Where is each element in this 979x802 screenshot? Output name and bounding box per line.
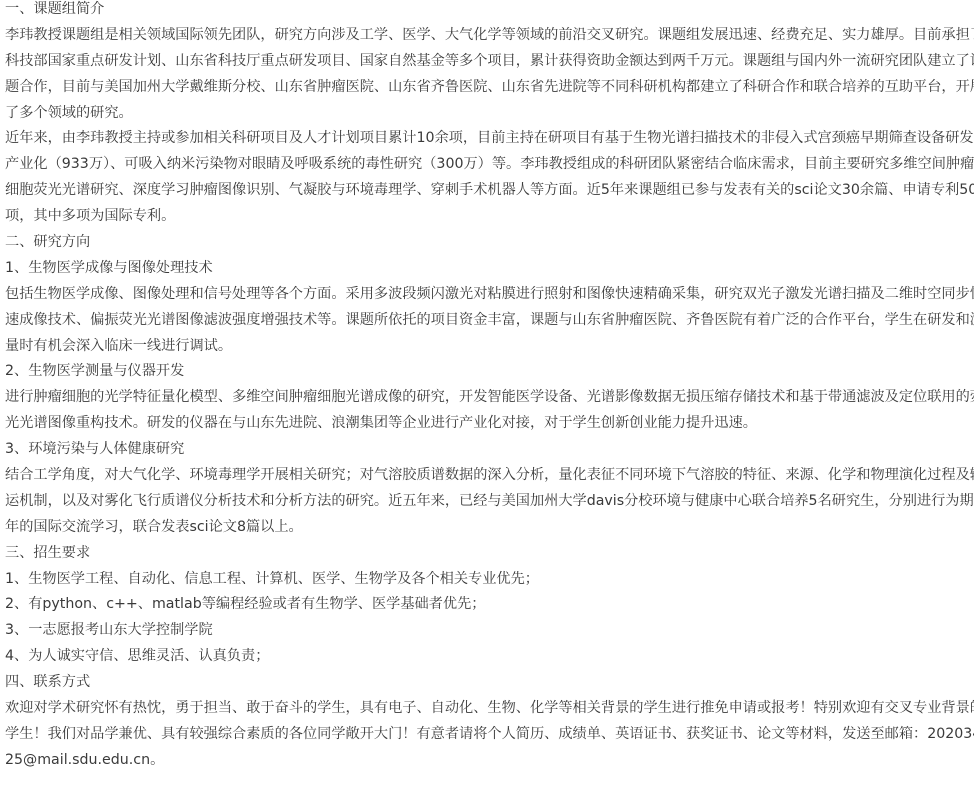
paragraph-line: 项，其中多项为国际专利。 xyxy=(5,204,974,230)
paragraph-line: 年的国际交流学习，联合发表sci论文8篇以上。 xyxy=(5,515,974,541)
paragraph-line: 结合工学角度，对大气化学、环境毒理学开展相关研究；对气溶胶质谱数据的深入分析，量… xyxy=(5,463,974,489)
section-heading-research: 二、研究方向 xyxy=(5,230,974,256)
paragraph-line: 科技部国家重点研发计划、山东省科技厅重点研发项目、国家自然基金等多个项目，累计获… xyxy=(5,49,974,75)
paragraph-line: 光光谱图像重构技术。研发的仪器在与山东先进院、浪潮集团等企业进行产业化对接，对于… xyxy=(5,411,974,437)
requirement-item: 2、有python、c++、matlab等编程经验或者有生物学、医学基础者优先； xyxy=(5,592,974,618)
section-heading-contact: 四、联系方式 xyxy=(5,670,974,696)
paragraph-line: 近年来，由李玮教授主持或参加相关科研项目及人才计划项目累计10余项，目前主持在研… xyxy=(5,126,974,152)
subsection-title-environment: 3、环境污染与人体健康研究 xyxy=(5,437,974,463)
paragraph-line: 运机制，以及对雾化飞行质谱仪分析技术和分析方法的研究。近五年来，已经与美国加州大… xyxy=(5,489,974,515)
paragraph-line: 李玮教授课题组是相关领域国际领先团队，研究方向涉及工学、医学、大气化学等领域的前… xyxy=(5,23,974,49)
paragraph-line: 量时有机会深入临床一线进行调试。 xyxy=(5,334,974,360)
section-heading-intro: 一、课题组简介 xyxy=(5,0,974,23)
paragraph-line: 速成像技术、偏振荧光光谱图像滤波强度增强技术等。课题所依托的项目资金丰富，课题与… xyxy=(5,308,974,334)
paragraph-line: 细胞荧光光谱研究、深度学习肿瘤图像识别、气凝胶与环境毒理学、穿刺手术机器人等方面… xyxy=(5,178,974,204)
requirement-item: 3、一志愿报考山东大学控制学院 xyxy=(5,618,974,644)
paragraph-line: 了多个领域的研究。 xyxy=(5,101,974,127)
paragraph-line: 题合作，目前与美国加州大学戴维斯分校、山东省肿瘤医院、山东省齐鲁医院、山东省先进… xyxy=(5,75,974,101)
paragraph-line: 产业化（933万）、可吸入纳米污染物对眼睛及呼吸系统的毒性研究（300万）等。李… xyxy=(5,152,974,178)
document-body: 一、课题组简介 李玮教授课题组是相关领域国际领先团队，研究方向涉及工学、医学、大… xyxy=(0,0,979,774)
subsection-title-instrument: 2、生物医学测量与仪器开发 xyxy=(5,359,974,385)
paragraph-line: 进行肿瘤细胞的光学特征量化模型、多维空间肿瘤细胞光谱成像的研究，开发智能医学设备… xyxy=(5,385,974,411)
paragraph-line: 欢迎对学术研究怀有热忱，勇于担当、敢于奋斗的学生，具有电子、自动化、生物、化学等… xyxy=(5,696,974,722)
contact-email-line: 25@mail.sdu.edu.cn。 xyxy=(5,748,974,774)
requirement-item: 1、生物医学工程、自动化、信息工程、计算机、医学、生物学及各个相关专业优先； xyxy=(5,567,974,593)
subsection-title-imaging: 1、生物医学成像与图像处理技术 xyxy=(5,256,974,282)
section-heading-admission: 三、招生要求 xyxy=(5,541,974,567)
paragraph-line: 学生！我们对品学兼优、具有较强综合素质的各位同学敞开大门！有意者请将个人简历、成… xyxy=(5,722,974,748)
requirement-item: 4、为人诚实守信、思维灵活、认真负责； xyxy=(5,644,974,670)
paragraph-line: 包括生物医学成像、图像处理和信号处理等各个方面。采用多波段频闪激光对粘膜进行照射… xyxy=(5,282,974,308)
